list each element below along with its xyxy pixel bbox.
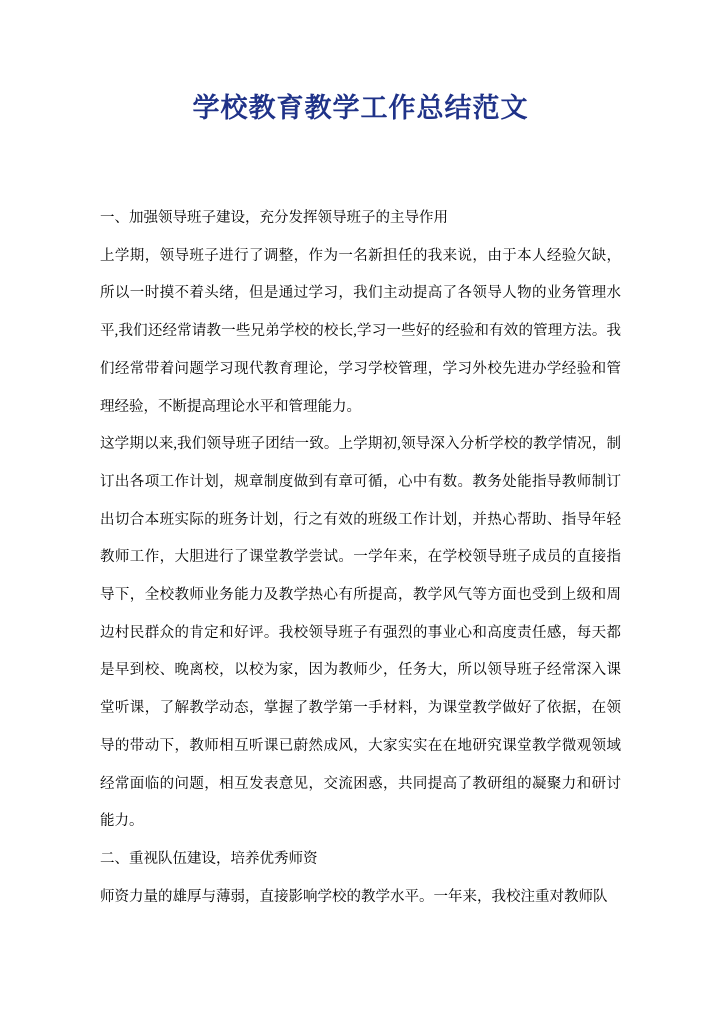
- document-title: 学校教育教学工作总结范文: [100, 86, 621, 130]
- body-paragraph: 上学期，领导班子进行了调整，作为一名新担任的我来说，由于本人经验欠缺，所以一时摸…: [100, 238, 621, 427]
- body-paragraph: 这学期以来,我们领导班子团结一致。上学期初,领导深入分析学校的教学情况，制订出各…: [100, 426, 621, 841]
- document-body: 一、加强领导班子建设，充分发挥领导班子的主导作用上学期，领导班子进行了调整，作为…: [100, 200, 621, 916]
- document-page: 学校教育教学工作总结范文 一、加强领导班子建设，充分发挥领导班子的主导作用上学期…: [0, 0, 721, 1020]
- section-heading: 二、重视队伍建设，培养优秀师资: [100, 841, 621, 879]
- body-paragraph: 师资力量的雄厚与薄弱，直接影响学校的教学水平。一年来，我校注重对教师队: [100, 879, 621, 917]
- section-heading: 一、加强领导班子建设，充分发挥领导班子的主导作用: [100, 200, 621, 238]
